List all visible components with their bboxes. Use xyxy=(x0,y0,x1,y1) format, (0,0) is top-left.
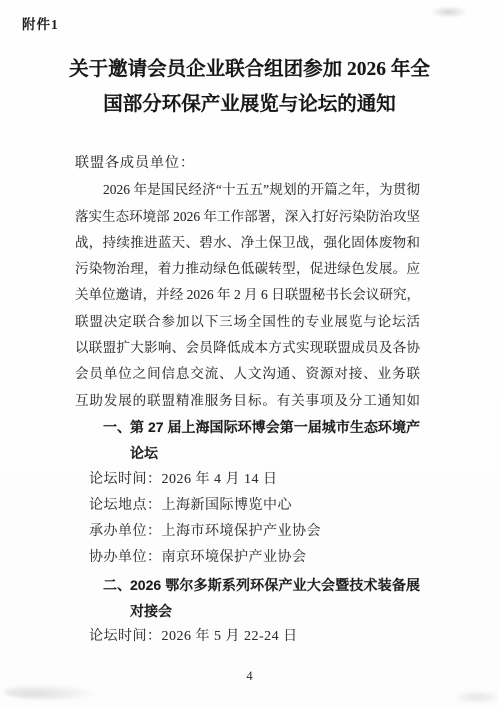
paragraph-line-4: 污染物治理，着力推动绿色低碳转型，促进绿色发展。应相 xyxy=(75,256,420,282)
scanned-notice-page: 附件1 关于邀请会员企业联合组团参加 2026 年全 国部分环保产业展览与论坛的… xyxy=(0,0,499,707)
document-title-line-2: 国部分环保产业展览与论坛的通知 xyxy=(0,87,499,122)
paragraph-line-3: 战，持续推进蓝天、碧水、净土保卫战，强化固体废物和新 xyxy=(75,230,420,256)
section-2-heading-text: 2026 鄂尔多斯系列环保产业大会暨技术装备展示 xyxy=(130,572,420,598)
section-2-forum-time: 论坛时间：2026 年 5 月 22-24 日 xyxy=(75,624,420,650)
section-2-heading: 二、 2026 鄂尔多斯系列环保产业大会暨技术装备展示 xyxy=(75,572,420,598)
paragraph-line-5: 关单位邀请，并经 2026 年 2 月 6 日联盟秘书长会议研究， xyxy=(75,282,420,308)
section-2-number: 二、 xyxy=(103,572,130,598)
document-title: 关于邀请会员企业联合组团参加 2026 年全 国部分环保产业展览与论坛的通知 xyxy=(0,52,499,122)
section-1-co-organizer: 协办单位：南京环境保护产业协会 xyxy=(75,545,420,571)
scan-smudge-bottom-right xyxy=(452,690,499,704)
section-1-heading-text: 第 27 届上海国际环博会第一届城市生态环境产业 xyxy=(130,414,420,440)
salutation: 联盟各成员单位： xyxy=(75,151,420,177)
scan-smudge-bottom-left xyxy=(4,684,99,700)
section-1-forum-venue: 论坛地点：上海新国际博览中心 xyxy=(75,493,420,519)
section-1-heading: 一、 第 27 届上海国际环博会第一届城市生态环境产业 xyxy=(75,414,420,440)
document-title-line-1: 关于邀请会员企业联合组团参加 2026 年全 xyxy=(0,52,499,87)
paragraph-line-8: 会员单位之间信息交流、人文沟通、资源对接、业务联络、 xyxy=(75,361,420,387)
scan-smudge-top-right xyxy=(430,6,468,18)
attachment-label: 附件1 xyxy=(22,13,59,33)
paragraph-line-6: 联盟决定联合参加以下三场全国性的专业展览与论坛活动， xyxy=(75,309,420,335)
paragraph-line-1: 2026 年是国民经济“十五五”规划的开篇之年，为贯彻 xyxy=(75,177,420,203)
page-number: 4 xyxy=(0,669,499,684)
section-1-number: 一、 xyxy=(103,414,130,440)
document-body: 联盟各成员单位： 2026 年是国民经济“十五五”规划的开篇之年，为贯彻 落实生… xyxy=(75,151,420,651)
paragraph-line-2: 落实生态环境部 2026 年工作部署，深入打好污染防治攻坚 xyxy=(75,204,420,230)
section-2-heading-wrap: 对接会 xyxy=(75,598,420,624)
paragraph-line-7: 以联盟扩大影响、会员降低成本方式实现联盟成员及各协会 xyxy=(75,335,420,361)
section-1-organizer: 承办单位：上海市环境保护产业协会 xyxy=(75,519,420,545)
section-1-heading-wrap: 论坛 xyxy=(75,440,420,466)
section-1-forum-time: 论坛时间：2026 年 4 月 14 日 xyxy=(75,467,420,493)
paragraph-line-9: 互助发展的联盟精准服务目标。有关事项及分工通知如下： xyxy=(75,388,420,414)
